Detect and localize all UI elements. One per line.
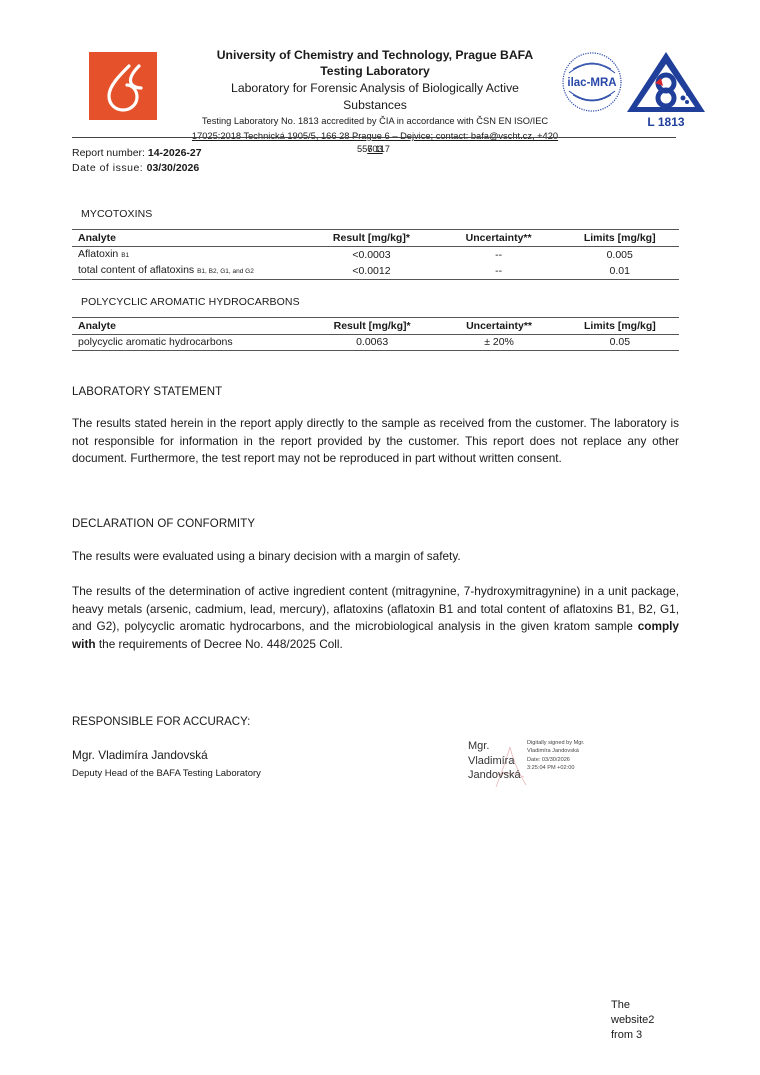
analyte-subscript: B1, B2, G1, and G2 <box>197 268 254 275</box>
uncertainty: -- <box>437 247 561 264</box>
responsible-name: Mgr. Vladimíra Jandovská <box>72 748 208 762</box>
uncertainty: ± 20% <box>437 335 560 351</box>
lab-subtitle-1: Laboratory for Forensic Analysis of Biol… <box>190 80 560 96</box>
ilac-mra-logo: ilac-MRA <box>561 51 623 113</box>
conformity-text-end: the requirements of Decree No. 448/2025 … <box>96 637 343 651</box>
conformity-text-2: The results of the determination of acti… <box>72 583 679 653</box>
mycotoxins-table: Analyte Result [mg/kg]* Uncertainty** Li… <box>72 229 679 280</box>
analyte: Aflatoxin <box>78 248 118 260</box>
responsible-role: Deputy Head of the BAFA Testing Laborato… <box>72 768 261 779</box>
col-result: Result [mg/kg]* <box>306 230 437 247</box>
signature-name-line: Mgr. <box>468 739 521 754</box>
ilac-text: ilac-MRA <box>567 77 616 89</box>
signature-name-line: Vladimíra <box>468 754 521 769</box>
result: <0.0012 <box>306 263 437 280</box>
report-meta: Report number: 14-2026-27 Date of issue:… <box>72 146 202 176</box>
analyte-subscript: B1 <box>121 252 129 259</box>
date-of-issue: 03/30/2026 <box>147 162 200 174</box>
col-uncertainty: Uncertainty** <box>437 230 561 247</box>
col-result: Result [mg/kg]* <box>307 318 437 335</box>
drop-icon <box>89 52 157 120</box>
analyte: polycyclic aromatic hydrocarbons <box>72 335 307 351</box>
signature-detail-line: 3:25:04 PM +02:00 <box>527 764 585 772</box>
uncertainty: -- <box>437 263 561 280</box>
cia-accreditation-logo: L 1813 <box>625 50 707 130</box>
signature-detail-line: Digitally signed by Mgr. <box>527 739 585 747</box>
cia-number: L 1813 <box>647 115 684 129</box>
lab-name: Testing Laboratory <box>190 63 560 79</box>
lab-subtitle-2: Substances <box>190 97 560 113</box>
header-divider <box>72 137 676 138</box>
responsible-heading: RESPONSIBLE FOR ACCURACY: <box>72 716 250 728</box>
conformity-text-1: The results were evaluated using a binar… <box>72 548 679 566</box>
limit: 0.005 <box>560 247 679 264</box>
table-row: polycyclic aromatic hydrocarbons 0.0063 … <box>72 335 679 351</box>
footer-line: from 3 <box>611 1028 654 1043</box>
footer-line: The <box>611 998 654 1013</box>
accreditation-line-1: Testing Laboratory No. 1813 accredited b… <box>190 115 560 128</box>
col-limits: Limits [mg/kg] <box>560 230 679 247</box>
col-limits: Limits [mg/kg] <box>561 318 679 335</box>
report-number-label: Report number: <box>72 147 145 159</box>
conformity-text-main: The results of the determination of acti… <box>72 584 679 633</box>
phone-continuation: 557 117 <box>357 143 390 156</box>
signature-detail-line: Date: 03/30/2026 <box>527 756 585 764</box>
result: 0.0063 <box>307 335 437 351</box>
pah-title: POLYCYCLIC AROMATIC HYDROCARBONS <box>81 296 300 308</box>
signature-detail-line: Vladimíra Jandovská <box>527 747 585 755</box>
col-uncertainty: Uncertainty** <box>437 318 560 335</box>
header-block: University of Chemistry and Technology, … <box>190 47 560 156</box>
signature-name-line: Jandovská <box>468 768 521 783</box>
limit: 0.01 <box>560 263 679 280</box>
page-footer: The website2 from 3 <box>611 998 654 1043</box>
col-analyte: Analyte <box>72 318 307 335</box>
result: <0.0003 <box>306 247 437 264</box>
report-number: 14-2026-27 <box>148 147 202 159</box>
analyte: total content of aflatoxins <box>78 264 194 276</box>
table-row: total content of aflatoxins B1, B2, G1, … <box>72 263 679 280</box>
col-analyte: Analyte <box>72 230 306 247</box>
lab-statement-heading: LABORATORY STATEMENT <box>72 386 222 398</box>
lab-statement-text: The results stated herein in the report … <box>72 415 679 468</box>
signature-details: Digitally signed by Mgr. Vladimíra Jando… <box>527 739 585 772</box>
mycotoxins-title: MYCOTOXINS <box>81 208 152 220</box>
institution-name: University of Chemistry and Technology, … <box>190 47 560 63</box>
date-label: Date of issue: <box>72 162 143 174</box>
conformity-heading: DECLARATION OF CONFORMITY <box>72 518 255 530</box>
limit: 0.05 <box>561 335 679 351</box>
footer-line: website2 <box>611 1013 654 1028</box>
signature-name: Mgr. Vladimíra Jandovská <box>468 739 521 783</box>
vscht-logo <box>89 52 157 120</box>
table-row: Aflatoxin B1 <0.0003 -- 0.005 <box>72 247 679 264</box>
pah-table: Analyte Result [mg/kg]* Uncertainty** Li… <box>72 317 679 351</box>
